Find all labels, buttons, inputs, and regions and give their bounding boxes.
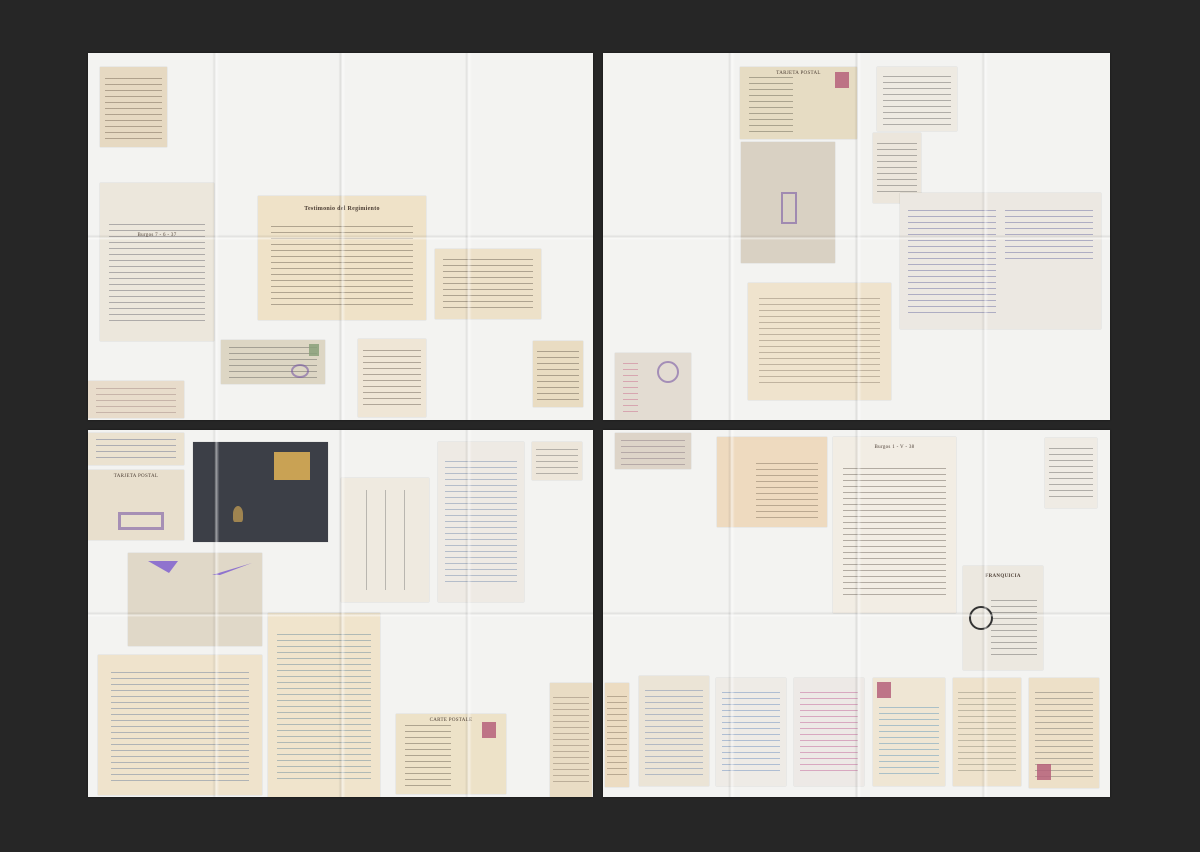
letter: Burgos 7 - 6 - 37 [100, 183, 214, 341]
poster-sheet-bottom-left: TARJETA POSTAL CARTE POSTALE [88, 430, 593, 797]
postcard: TARJETA POSTAL [88, 470, 184, 540]
stamped-envelope [615, 353, 691, 420]
handwritten-note [877, 67, 957, 131]
note-card [1045, 438, 1097, 508]
note-card [615, 433, 691, 469]
typed-letter [900, 193, 1101, 329]
postcard [1029, 678, 1099, 788]
postcard [639, 676, 709, 786]
note-strip [88, 433, 184, 465]
form [341, 478, 429, 602]
postcard: TARJETA POSTAL [740, 67, 857, 139]
form: FRANQUICIA [963, 566, 1043, 670]
handwritten-letter [438, 442, 524, 602]
poster-sheet-top-right: TARJETA POSTAL [603, 53, 1110, 420]
handwritten-card [533, 341, 583, 407]
envelope [717, 437, 827, 527]
gold-emblem [274, 452, 310, 480]
handwritten-letter: Burgos 1 - V - 38 [833, 437, 956, 613]
note-card [532, 442, 582, 480]
passbook [193, 442, 328, 542]
handwritten-letter [268, 613, 380, 797]
handwritten-note [100, 67, 167, 147]
tri-emblem [969, 606, 993, 630]
handwritten-letter [794, 678, 864, 786]
envelope [741, 142, 835, 263]
handwritten-card [605, 683, 629, 787]
envelope [128, 553, 262, 646]
note-strip [88, 381, 184, 418]
handwritten-letter [953, 678, 1021, 786]
typed-document: Testimonio del Regimiento [258, 196, 426, 320]
poster-sheet-bottom-right: Burgos 1 - V - 38 FRANQUICIA [603, 430, 1110, 797]
postcard [873, 678, 945, 786]
postcard: CARTE POSTALE [396, 714, 506, 794]
postcard [221, 340, 325, 384]
handwritten-letter [748, 283, 891, 400]
poster-sheet-top-left: Burgos 7 - 6 - 37 Testimonio del Regimie… [88, 53, 593, 420]
handwritten-letter [716, 678, 786, 786]
handwritten-card [550, 683, 592, 797]
handwritten-card [435, 249, 541, 319]
handwritten-letter [358, 339, 426, 417]
handwritten-letter [98, 655, 262, 795]
